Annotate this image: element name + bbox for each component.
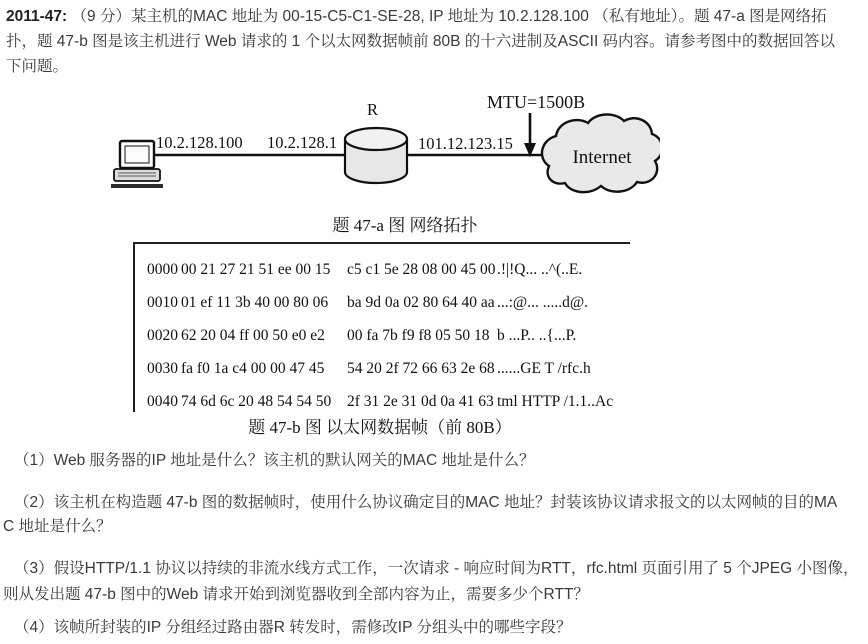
router-name-label: R (367, 100, 378, 120)
figure-a-caption: 题 47-a 图 网络拓扑 (100, 211, 660, 236)
hex-bytes-2: c5 c1 5e 28 08 00 45 00 (347, 261, 497, 279)
hex-bytes-1: 74 6d 6c 20 48 54 54 50 (181, 393, 347, 411)
hex-offset: 0020 (135, 327, 181, 345)
question-3-line-2: 则从发出题 47-b 图中的Web 请求开始到浏览器收到全部内容为止，需要多少个… (3, 584, 589, 606)
hex-bytes-2: 2f 31 2e 31 0d 0a 41 63 (347, 393, 497, 411)
mtu-label: MTU=1500B (487, 92, 585, 113)
intro-line-2: 扑，题 47-b 图是该主机进行 Web 请求的 1 个以太网数据帧前 80B … (6, 29, 866, 54)
hex-ascii: ......GE T /rfc.h (497, 360, 630, 378)
host-ip-label: 10.2.128.100 (156, 133, 243, 153)
hex-offset: 0000 (135, 261, 181, 279)
intro-line-3: 下问题。 (6, 54, 866, 79)
wan-ip-label: 101.12.123.15 (418, 134, 513, 154)
question-number: 2011-47: (6, 8, 67, 25)
hex-ascii: b ...P.. ..{...P. (497, 327, 630, 345)
question-2-line-1: （2）该主机在构造题 47-b 图的数据帧时，使用什么协议确定目的MAC 地址？… (14, 492, 837, 514)
intro-line-1-text: （9 分）某主机的MAC 地址为 00-15-C5-C1-SE-28, IP 地… (72, 8, 827, 25)
hexdump-table: 0000 00 21 27 21 51 ee 00 15 c5 c1 5e 28… (133, 242, 630, 412)
hex-offset: 0010 (135, 294, 181, 312)
hex-bytes-1: 62 20 04 ff 00 50 e0 e2 (181, 327, 347, 345)
hex-bytes-1: fa f0 1a c4 00 00 47 45 (181, 360, 347, 378)
hexdump-row: 0010 01 ef 11 3b 40 00 80 06 ba 9d 0a 02… (135, 286, 630, 319)
hexdump-row: 0020 62 20 04 ff 00 50 e0 e2 00 fa 7b f9… (135, 319, 630, 352)
question-1: （1）Web 服务器的IP 地址是什么？该主机的默认网关的MAC 地址是什么？ (14, 450, 534, 472)
hex-bytes-2: ba 9d 0a 02 80 64 40 aa (347, 294, 497, 312)
router-icon (345, 128, 407, 183)
hex-ascii: .!|!Q... ..^(..E. (497, 261, 630, 279)
internet-label: Internet (572, 147, 632, 168)
gateway-ip-label: 10.2.128.1 (267, 133, 337, 153)
hex-bytes-2: 54 20 2f 72 66 63 2e 68 (347, 360, 497, 378)
hex-ascii: ...:@... .....d@. (497, 294, 630, 312)
hex-offset: 0040 (135, 393, 181, 411)
intro-paragraph: 2011-47: （9 分）某主机的MAC 地址为 00-15-C5-C1-SE… (6, 4, 866, 79)
exam-question-page: 2011-47: （9 分）某主机的MAC 地址为 00-15-C5-C1-SE… (0, 0, 868, 644)
question-2-line-2: C 地址是什么？ (3, 516, 112, 538)
hexdump-row: 0000 00 21 27 21 51 ee 00 15 c5 c1 5e 28… (135, 253, 630, 286)
hex-bytes-1: 00 21 27 21 51 ee 00 15 (181, 261, 347, 279)
internet-cloud-icon: Internet (542, 114, 660, 192)
hex-offset: 0030 (135, 360, 181, 378)
hex-ascii: tml HTTP /1.1..Ac (497, 393, 630, 411)
intro-line-1: 2011-47: （9 分）某主机的MAC 地址为 00-15-C5-C1-SE… (6, 4, 866, 29)
question-4: （4）该帧所封装的IP 分组经过路由器R 转发时，需修改IP 分组头中的哪些字段… (14, 617, 571, 639)
mtu-arrow-icon (524, 113, 536, 157)
hexdump-row: 0030 fa f0 1a c4 00 00 47 45 54 20 2f 72… (135, 352, 630, 385)
hex-bytes-2: 00 fa 7b f9 f8 05 50 18 (347, 327, 497, 345)
question-3-line-1: （3）假设HTTP/1.1 协议以持续的非流水线方式工作，一次请求 - 响应时间… (14, 558, 859, 580)
hex-bytes-1: 01 ef 11 3b 40 00 80 06 (181, 294, 347, 312)
figure-b-caption: 题 47-b 图 以太网数据帧（前 80B） (100, 413, 660, 438)
